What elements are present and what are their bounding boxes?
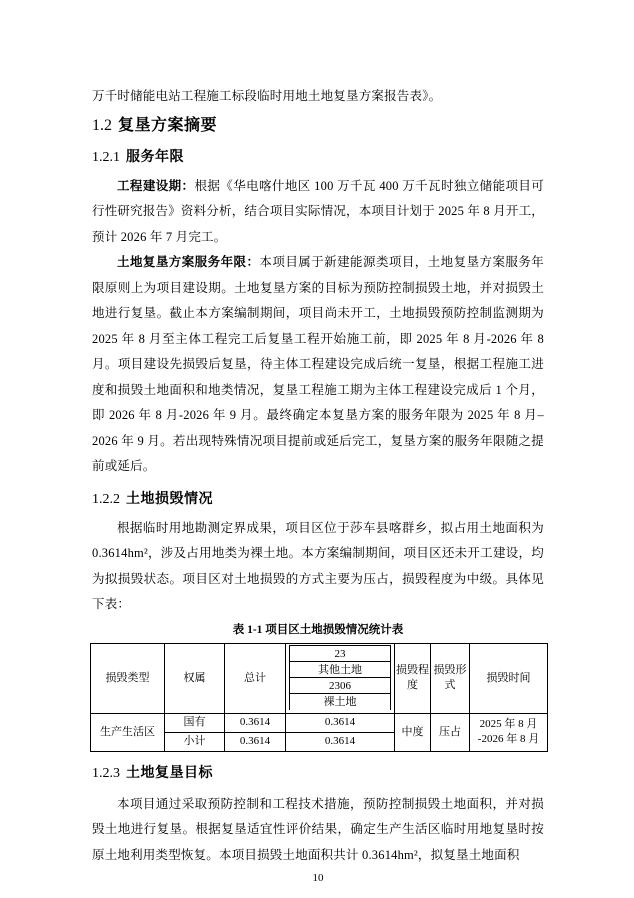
section-title: 土地复垦目标 <box>126 764 213 780</box>
header-ownership: 权属 <box>165 643 225 713</box>
section-heading-1-2-1: 1.2.1服务年限 <box>92 146 544 168</box>
paragraph-land-damage: 根据临时用地勘测定界成果，项目区位于莎车县喀群乡，拟占用土地面积为 0.3614… <box>92 516 544 618</box>
section-title: 服务年限 <box>126 148 184 164</box>
cell-damage-time: 2025 年 8 月 -2026 年 8 月 <box>470 713 548 751</box>
section-heading-1-2: 1.2复垦方案摘要 <box>92 114 544 138</box>
table-title: 表 1-1 项目区土地损毁情况统计表 <box>92 620 544 640</box>
section-title: 复垦方案摘要 <box>118 117 217 134</box>
land-class-code: 2306 <box>290 678 390 694</box>
table-header-row: 损毁类型 权属 总计 23 其他土地 2306 裸土地 损毁程度 损毁形式 损毁… <box>91 643 548 713</box>
section-number: 1.2 <box>92 117 112 134</box>
page-number: 10 <box>92 871 544 885</box>
land-class-name: 其他土地 <box>290 662 390 678</box>
land-damage-table: 损毁类型 权属 总计 23 其他土地 2306 裸土地 损毁程度 损毁形式 损毁… <box>90 643 548 752</box>
section-title: 土地损毁情况 <box>126 490 213 506</box>
cell-ownership: 国有 <box>165 713 225 732</box>
section-number: 1.2.2 <box>92 492 120 507</box>
paragraph-lead: 土地复垦方案服务年限： <box>117 255 259 269</box>
section-number: 1.2.3 <box>92 766 120 781</box>
cell-land-value: 0.3614 <box>286 713 395 732</box>
section-number: 1.2.1 <box>92 150 120 165</box>
land-class-stack: 23 其他土地 2306 裸土地 <box>289 645 391 711</box>
header-damage-form: 损毁形式 <box>431 643 470 713</box>
damage-time-line2: -2026 年 8 月 <box>471 732 546 747</box>
land-class-name: 裸土地 <box>290 694 390 710</box>
table-row: 生产生活区 国有 0.3614 0.3614 中度 压占 2025 年 8 月 … <box>91 713 548 732</box>
header-total: 总计 <box>225 643 286 713</box>
paragraph-service-period: 土地复垦方案服务年限：本项目属于新建能源类项目，土地复垦方案服务年限原则上为项目… <box>92 250 544 480</box>
header-damage-time: 损毁时间 <box>470 643 548 713</box>
paragraph-text: 本项目属于新建能源类项目，土地复垦方案服务年限原则上为项目建设期。土地复垦方案的… <box>92 255 544 473</box>
cell-damage-form: 压占 <box>431 713 470 751</box>
paragraph-text: 根据临时用地勘测定界成果，项目区位于莎车县喀群乡，拟占用土地面积为 0.3614… <box>92 521 544 612</box>
section-heading-1-2-2: 1.2.2土地损毁情况 <box>92 488 544 510</box>
cell-damage-type: 生产生活区 <box>91 713 165 751</box>
cell-ownership: 小计 <box>165 732 225 751</box>
land-class-code: 23 <box>290 646 390 662</box>
paragraph-text: 本项目通过采取预防控制和工程技术措施，预防控制损毁土地面积，并对损毁土地进行复垦… <box>92 797 544 862</box>
cell-total: 0.3614 <box>225 732 286 751</box>
paragraph-lead: 工程建设期： <box>117 179 194 193</box>
cell-land-value: 0.3614 <box>286 732 395 751</box>
header-land-class: 23 其他土地 2306 裸土地 <box>286 643 395 713</box>
section-heading-1-2-3: 1.2.3土地复垦目标 <box>92 762 544 784</box>
header-damage-degree: 损毁程度 <box>395 643 431 713</box>
intro-tail-paragraph: 万千时储能电站工程施工标段临时用地土地复垦方案报告表》。 <box>92 84 544 110</box>
page-content: 万千时储能电站工程施工标段临时用地土地复垦方案报告表》。 1.2复垦方案摘要 1… <box>92 84 544 885</box>
paragraph-construction-period: 工程建设期：根据《华电喀什地区 100 万千瓦 400 万千瓦时独立储能项目可行… <box>92 174 544 251</box>
cell-total: 0.3614 <box>225 713 286 732</box>
paragraph-reclamation-target: 本项目通过采取预防控制和工程技术措施，预防控制损毁土地面积，并对损毁土地进行复垦… <box>92 792 544 869</box>
damage-time-line1: 2025 年 8 月 <box>471 717 546 732</box>
cell-damage-degree: 中度 <box>395 713 431 751</box>
header-damage-type: 损毁类型 <box>91 643 165 713</box>
document-page: 万千时储能电站工程施工标段临时用地土地复垦方案报告表》。 1.2复垦方案摘要 1… <box>0 0 634 898</box>
